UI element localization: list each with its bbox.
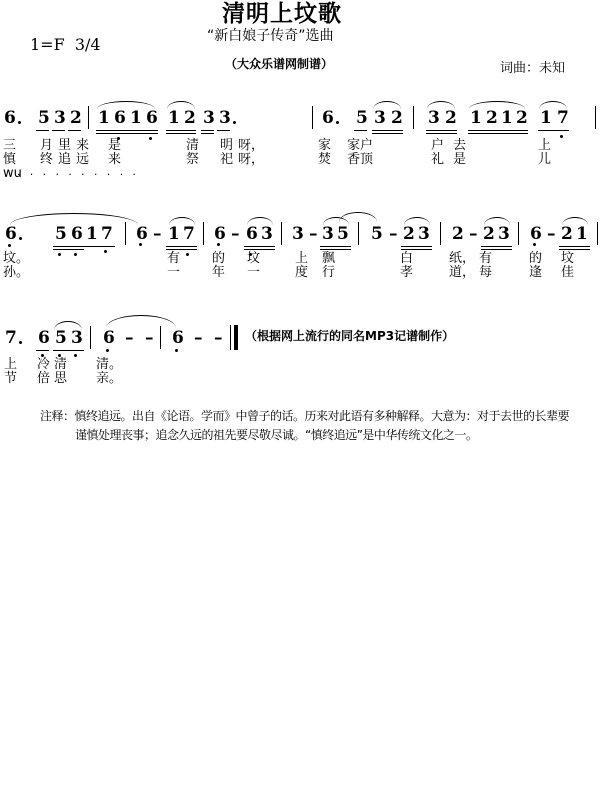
score-note: 3 [292,224,304,244]
beam-underline [53,350,84,351]
score-note: – [153,224,162,244]
barline [358,222,359,245]
octave-dot [560,135,563,138]
lyric-syllable: 香 [347,153,360,166]
lyric-syllable: 亲。 [96,372,122,385]
beam-underline [201,133,214,134]
score-note: 7 [183,224,195,244]
score-canvas: 653216161233653232121217656176–176–633–3… [0,0,602,799]
lyric-syllable: 家 [318,139,331,152]
lyric-syllable: 清 [54,358,67,371]
score-note: 3 [261,224,273,244]
score-note: 6 [114,108,126,128]
lyric-syllable: 道， [449,266,475,279]
score-note: 6 [71,224,83,244]
score-note: 1 [576,224,588,244]
footnote-line-1: 注释：慎终追远。出自《论语。学而》中曾子的话。历来对此语有多种解释。大意为：对于… [40,410,569,422]
score-note: 3 [428,108,440,128]
score-note: 3 [54,108,66,128]
beam-underline [426,133,457,134]
lyric-syllable: 呀， [238,153,264,166]
lyric-syllable: 孙。 [3,266,29,279]
beam-underline [166,246,197,247]
score-note: – [125,328,134,348]
score-note: 3 [322,224,334,244]
beam-underline [166,130,196,131]
score-note: 5 [38,108,50,128]
octave-dot [58,354,61,357]
slur-arc [469,101,525,109]
score-note: 5 [356,108,368,128]
slur-arc [247,217,273,225]
score-note: 6 [146,108,158,128]
lyric-syllable: 年 [212,266,225,279]
slur-arc [484,217,510,225]
lyric-syllable: 的 [212,252,225,265]
beam-underline [217,130,230,131]
score-note: 6 [172,328,184,348]
beam-underline [36,130,49,131]
beam-underline [481,246,512,247]
octave-dot [74,354,77,357]
score-note: 2 [486,108,498,128]
lyric-syllable: 呀， [238,139,264,152]
score-note: 5 [55,224,67,244]
lyric-syllable: 慎 [3,153,16,166]
production-note: （根据网上流行的同名MP3记谱制作） [245,330,454,342]
score-note: 6 [246,224,258,244]
slur-arc [169,217,195,225]
lyric-syllable: 里 [58,139,71,152]
score-note: 3 [219,108,231,128]
beam-underline [538,130,569,131]
score-note: 1 [470,108,482,128]
score-note: 1 [130,108,142,128]
beam-underline [166,133,196,134]
lyric-syllable: 追 [58,153,71,166]
octave-dot [217,243,220,246]
score-note: – [389,224,398,244]
lyric-syllable: 祭 [186,153,199,166]
lyric-syllable: 冷 [37,358,50,371]
score-note: 6 [136,224,148,244]
beam-underline [36,350,49,351]
beam-underline [53,249,84,250]
score-note: – [309,224,318,244]
score-note: – [547,224,556,244]
beam-underline [354,130,367,131]
slur-arc [54,321,82,330]
lyric-syllable: 明 [220,139,233,152]
score-note: 5 [337,224,349,244]
score-note: 3 [498,224,510,244]
lyric-syllable: 儿 [538,153,551,166]
octave-dot [8,244,11,247]
lyric-syllable: 来 [76,139,89,152]
score-note: 6 [4,108,16,128]
score-note: 2 [483,224,495,244]
slur-arc [106,315,176,328]
lyric-syllable: 的 [529,252,542,265]
score-note: 5 [371,224,383,244]
barline [413,106,414,129]
octave-dot [19,237,22,240]
score-note: 2 [184,108,196,128]
barline [312,106,313,129]
lyric-syllable: 去 [453,139,466,152]
beam-underline [426,130,457,131]
score-note: 1 [501,108,513,128]
score-note: 6 [103,328,115,348]
beam-underline [468,130,528,131]
octave-dot [175,349,178,352]
octave-dot [104,250,107,253]
lyric-syllable: 上 [295,252,308,265]
beam-underline [468,133,528,134]
score-note: 6 [214,224,226,244]
score-note: 6 [530,224,542,244]
barline [90,326,91,349]
lyric-syllable: 坟。 [3,252,29,265]
score-note: 6 [38,328,50,348]
lyric-syllable: 上 [4,358,17,371]
score-note: – [194,328,203,348]
octave-dot [533,243,536,246]
score-note: 1 [98,108,110,128]
octave-dot [186,253,189,256]
lyric-syllable: 行 [322,266,335,279]
barline [518,222,519,245]
beam-underline [320,249,351,250]
beam-underline [84,246,115,247]
lyric-syllable: 逢 [529,266,542,279]
score-note: 1 [86,224,98,244]
barline [230,325,231,350]
score-note: 3 [374,108,386,128]
slur-arc [167,101,195,109]
lyric-syllable: 度 [295,266,308,279]
lyric-syllable: 祀 [220,153,233,166]
score-note: 3 [418,224,430,244]
score-note: 2 [561,224,573,244]
score-note: 1 [168,224,180,244]
score-note: 2 [403,224,415,244]
score-note: 7 [101,224,113,244]
lyric-syllable: 思 [54,372,67,385]
barline [281,222,282,245]
lyric-syllable: 每 [479,266,492,279]
octave-dot [139,243,142,246]
lyric-syllable: 一 [247,266,260,279]
lyric-syllable: 月 [40,139,53,152]
slur-arc [539,101,567,109]
score-note: 2 [70,108,82,128]
lyric-syllable: 是 [453,153,466,166]
beam-underline [401,249,432,250]
lyric-syllable: 飘 [322,252,335,265]
score-note: – [231,224,240,244]
score-note: 2 [516,108,528,128]
lyric-syllable: 节 [4,372,17,385]
octave-dot [249,253,252,256]
octave-dot [58,253,61,256]
score-note: 2 [452,224,464,244]
beam-underline [559,246,590,247]
slur-arc [427,101,455,109]
lyric-syllable: 白 [400,252,413,265]
score-note: 5 [55,328,67,348]
beam-underline [244,246,275,247]
vocalise-extension-dots: . . . . . . . . . . [16,169,138,178]
slur-arc [404,217,430,225]
beam-underline [401,246,432,247]
lyric-syllable: 有 [167,252,180,265]
octave-dot [106,349,109,352]
final-barline-thick [234,325,238,350]
barline [203,222,204,245]
lyric-syllable: 顶 [360,153,373,166]
lyric-syllable: 来 [108,153,121,166]
beam-underline [96,130,158,131]
octave-dot [149,137,152,140]
lyric-syllable: 终 [40,153,53,166]
lyric-syllable: 孝 [400,266,413,279]
score-note: – [469,224,478,244]
lyric-syllable: 清。 [96,358,122,371]
lyric-syllable: 佳 [561,266,574,279]
footnote-line-2: 谨慎处理丧事；追念久远的祖先要尽敬尽诚。“慎终追远”是中华传统文化之一。 [75,429,477,441]
slur-arc [339,212,377,222]
score-note: 3 [71,328,83,348]
beam-underline [68,130,81,131]
score-note: 6 [5,224,17,244]
lyric-syllable: 是 [108,139,121,152]
score-note: 2 [445,108,457,128]
lyric-syllable: 纸， [449,252,475,265]
octave-dot [41,354,44,357]
slur-arc [562,217,588,225]
beam-underline [320,246,351,247]
lyric-syllable: 户 [360,139,373,152]
score-note: 6 [322,108,334,128]
beam-underline [166,249,197,250]
score-note: 7 [5,328,17,348]
beam-underline [372,130,403,131]
barline [125,222,126,245]
lyric-syllable: 焚 [318,153,331,166]
octave-dot [19,341,22,344]
score-note: 1 [540,108,552,128]
beam-underline [244,249,275,250]
lyric-syllable: 倍 [37,372,50,385]
score-note: – [145,328,154,348]
slur-arc [97,101,155,109]
slur-arc [373,101,401,109]
sheet-page: 1=F 3/4 清明上坟歌 “新白娘子传奇”选曲 （大众乐谱网制谱） 词曲：未知… [0,0,602,799]
lyric-syllable: 有 [479,252,492,265]
lyric-syllable: 一 [167,266,180,279]
score-note: 1 [168,108,180,128]
lyric-syllable: 户 [431,139,444,152]
lyric-syllable: 清 [186,139,199,152]
beam-underline [96,133,158,134]
octave-dot [74,253,77,256]
barline [88,106,89,129]
score-note: – [214,328,223,348]
beam-underline [559,249,590,250]
octave-dot [233,121,236,124]
lyric-syllable: 家 [347,139,360,152]
slur-arc [10,213,138,225]
octave-dot [117,137,120,140]
lyric-syllable: 坟 [561,252,574,265]
barline [160,326,161,349]
score-note: 3 [203,108,215,128]
lyric-syllable: 上 [538,139,551,152]
beam-underline [53,246,84,247]
lyric-syllable: 三 [3,139,16,152]
beam-underline [52,130,65,131]
barline [595,106,596,129]
beam-underline [201,130,214,131]
octave-dot [18,121,21,124]
score-note: 2 [391,108,403,128]
beam-underline [481,249,512,250]
barline [597,222,598,245]
beam-underline [372,133,403,134]
lyric-syllable: 远 [76,153,89,166]
octave-dot [336,121,339,124]
lyric-syllable: 礼 [431,153,444,166]
score-note: 7 [557,108,569,128]
barline [440,222,441,245]
